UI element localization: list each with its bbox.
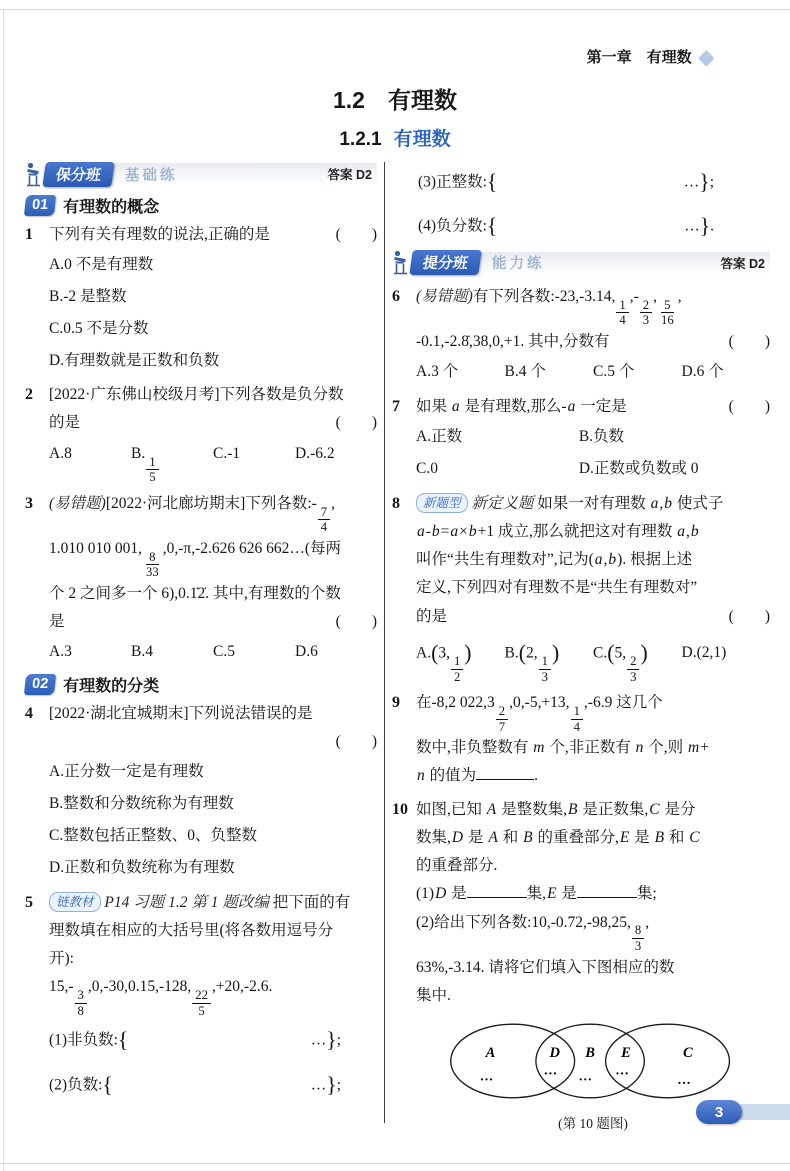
answer-reference: 答案 D2: [328, 165, 377, 183]
section-number-badge: 02: [24, 674, 56, 695]
answer-paren: ( ): [336, 221, 377, 249]
set-label-b: B: [584, 1045, 595, 1061]
option-c: C.5 个: [593, 356, 682, 388]
options-row: A.3 B.4 C.5 D.6: [49, 636, 377, 668]
set-label-c: C: [683, 1045, 693, 1061]
stem-text: 叫作“共生有理数对”,记为(a,b). 根据上述: [416, 546, 770, 574]
option-d: D.正数和负数统称为有理数: [49, 852, 377, 884]
section-01: 01 有理数的概念: [25, 194, 377, 217]
option-d: D.正数或负数或 0: [579, 453, 770, 485]
stem-text: 的是: [416, 603, 447, 631]
question-10: 10 如图,已知 A 是整数集,B 是正数集,C 是分 数集,D 是 A 和 B…: [392, 796, 770, 1132]
question-body: (易错题)有下列各数:-23,-3.14,14,-23,516, -0.1,-2…: [416, 283, 770, 388]
stem-text: [2022·湖北宜城期末]下列说法错误的是: [49, 700, 377, 728]
question-number: 9: [392, 689, 416, 790]
stem-text: 如图,已知 A 是整数集,B 是正数集,C 是分: [416, 796, 770, 824]
stem-text: 新题型 新定义题 如果一对有理数 a,b 使式子: [416, 490, 770, 518]
stem-text: 个 2 之间多一个 6),0.1̇2̇. 其中,有理数的个数: [49, 580, 377, 608]
question-4: 4 [2022·湖北宜城期末]下列说法错误的是 ( ) A.正分数一定是有理数 …: [25, 700, 377, 883]
question-body: 如图,已知 A 是整数集,B 是正数集,C 是分 数集,D 是 A 和 B 的重…: [416, 796, 770, 1132]
scan-border-bottom: [0, 1163, 790, 1164]
answer-paren: ( ): [729, 328, 770, 356]
question-number: 2: [25, 381, 49, 484]
blank-end: …};: [684, 160, 714, 204]
set-label-a: A: [485, 1045, 496, 1061]
question-number: 8: [392, 490, 416, 684]
option-b: B.4: [131, 636, 213, 668]
question-9: 9 在-8,2 022,327,0,-5,+13,14,-6.9 这几个 数中,…: [392, 689, 770, 790]
number-list: 15,-38,0,-30,0.15,-128,225,+20,-2.6.: [49, 973, 377, 1018]
band-badge-label: 保分班: [42, 162, 115, 187]
option-d: D.(2,1): [682, 637, 771, 669]
workbook-page: 第一章 有理数 ◆ 1.2 有理数 1.2.1有理数 保分班 基础练: [0, 0, 790, 1171]
blank-label: (2)负数:{: [49, 1063, 113, 1107]
subquestion-1: (1)D 是集,E 是集;: [416, 880, 770, 908]
question-number: 3: [25, 490, 49, 668]
band-badge-label: 提分班: [409, 250, 482, 275]
question-stem: 的是 ( ): [49, 409, 377, 437]
set-label-e: E: [620, 1045, 631, 1061]
question-stem: -0.1,-2.8̇,38,0,+1. 其中,分数有 ( ): [416, 328, 770, 356]
stem-text: (易错题)[2022·河北廊坊期末]下列各数:-74,: [49, 490, 377, 535]
chapter-title: 第一章 有理数: [587, 46, 692, 67]
stem-text: [2022·广东佛山校级月考]下列各数是负分数: [49, 381, 377, 409]
stem-text: a-b=a×b+1 成立,那么就把这对有理数 a,b: [416, 518, 770, 546]
question-7: 7 如果 a 是有理数,那么-a 一定是 ( ) A.正数 B.负数 C.0 D…: [392, 393, 770, 485]
stem-text: 的是: [49, 409, 80, 437]
blank-end: …};: [311, 1018, 341, 1062]
option-c: C.-1: [213, 438, 295, 470]
question-body: 在-8,2 022,327,0,-5,+13,14,-6.9 这几个 数中,非负…: [416, 689, 770, 790]
lectern-icon: [392, 250, 409, 275]
subquestion-2-text: 63%,-3.14. 请将它们填入下图相应的数: [416, 954, 770, 982]
blank-label: (1)非负数:{: [49, 1018, 128, 1062]
question-body: 新题型 新定义题 如果一对有理数 a,b 使式子 a-b=a×b+1 成立,那么…: [416, 490, 770, 684]
fill-blank-nonnegative: (1)非负数:{ …};: [49, 1018, 377, 1062]
option-d: D.6: [295, 636, 377, 668]
option-c: C.5: [213, 636, 295, 668]
scan-border-left: [3, 9, 4, 1171]
option-b: B.15: [131, 438, 213, 485]
stem-text: 1.010 010 001,833,0,-π,-2.626 626 662…(每…: [49, 535, 377, 580]
option-b: B.-2 是整数: [49, 281, 377, 313]
option-b: B.整数和分数统称为有理数: [49, 788, 377, 820]
option-b: B.负数: [579, 421, 770, 453]
option-d: D.有理数就是正数和负数: [49, 345, 377, 377]
question-number: 10: [392, 796, 416, 1132]
blank-end: …};: [311, 1063, 341, 1107]
answer-paren: ( ): [729, 603, 770, 631]
lectern-icon: [25, 162, 42, 187]
band-basic-practice: 保分班 基础练 答案 D2: [25, 160, 377, 188]
question-stem: 是 ( ): [49, 608, 377, 636]
answer-paren: ( ): [336, 608, 377, 636]
options-row: A.3 个 B.4 个 C.5 个 D.6 个: [416, 356, 770, 388]
question-body: 如果 a 是有理数,那么-a 一定是 ( ) A.正数 B.负数 C.0 D.正…: [416, 393, 770, 485]
band-ability-practice: 提分班 能力练 答案 D2: [392, 249, 770, 277]
answer-paren: ( ): [49, 728, 377, 756]
question-5: 5 链教材 P14 习题 1.2 第 1 题改编 把下面的有 理数填在相应的大括…: [25, 889, 377, 1108]
question-body: (易错题)[2022·河北廊坊期末]下列各数:-74, 1.010 010 00…: [49, 490, 377, 668]
stem-text: 数集,D 是 A 和 B 的重叠部分,E 是 B 和 C: [416, 824, 770, 852]
option-b: B.(2,13): [505, 631, 594, 684]
set-dots: …: [615, 1063, 630, 1078]
diamond-icon: ◆: [699, 47, 714, 67]
subsection-number: 1.2.1: [339, 129, 381, 150]
option-a: A.3 个: [416, 356, 505, 388]
question-stem: 如果 a 是有理数,那么-a 一定是 ( ): [416, 393, 770, 421]
question-3: 3 (易错题)[2022·河北廊坊期末]下列各数:-74, 1.010 010 …: [25, 490, 377, 668]
band-tag-label: 基础练: [125, 164, 178, 185]
page-number: 3: [715, 1104, 723, 1121]
stem-text: n 的值为.: [416, 762, 770, 790]
question-body: [2022·广东佛山校级月考]下列各数是负分数 的是 ( ) A.8 B.15 …: [49, 381, 377, 484]
page-number-chip: 3: [696, 1100, 742, 1124]
stem-text: 理数填在相应的大括号里(将各数用逗号分: [49, 917, 377, 945]
option-a: A.(3,12): [416, 631, 505, 684]
stem-text: 数中,非负整数有 m 个,非正数有 n 个,则 m+: [416, 734, 770, 762]
question-body: [2022·湖北宜城期末]下列说法错误的是 ( ) A.正分数一定是有理数 B.…: [49, 700, 377, 883]
blank-label: (3)正整数:{: [418, 160, 497, 204]
subquestion-2: (2)给出下列各数:10,-0.72,-98,25,83,: [416, 909, 770, 954]
stem-text: 在-8,2 022,327,0,-5,+13,14,-6.9 这几个: [416, 689, 770, 734]
page-number-badge: 3: [696, 1100, 790, 1124]
option-a: A.正分数一定是有理数: [49, 756, 377, 788]
answer-reference: 答案 D2: [721, 254, 770, 272]
option-c: C.0: [416, 453, 579, 485]
stem-text: 是: [49, 608, 65, 636]
stem-text: 下列有关有理数的说法,正确的是: [49, 221, 270, 249]
set-dots: …: [544, 1063, 559, 1078]
option-c: C.整数包括正整数、0、负整数: [49, 820, 377, 852]
question-2: 2 [2022·广东佛山校级月考]下列各数是负分数 的是 ( ) A.8 B.1…: [25, 381, 377, 484]
question-number: 5: [25, 889, 49, 1108]
question-body: 下列有关有理数的说法,正确的是 ( ) A.0 不是有理数 B.-2 是整数 C…: [49, 221, 377, 376]
band-tag-label: 能力练: [492, 252, 545, 273]
option-a: A.正数: [416, 421, 579, 453]
section-number-badge: 01: [24, 195, 56, 216]
options-row: A.8 B.15 C.-1 D.-6.2: [49, 438, 377, 485]
subquestion-2-text: 集中.: [416, 982, 770, 1010]
question-number: 6: [392, 283, 416, 388]
fill-blank-negative: (2)负数:{ …};: [49, 1063, 377, 1107]
question-1: 1 下列有关有理数的说法,正确的是 ( ) A.0 不是有理数 B.-2 是整数…: [25, 221, 377, 376]
section-02: 02 有理数的分类: [25, 673, 377, 696]
stem-text: 如果 a 是有理数,那么-a 一定是: [416, 393, 627, 421]
option-c: C.0.5 不是分数: [49, 313, 377, 345]
stem-text: (易错题)有下列各数:-23,-3.14,14,-23,516,: [416, 283, 770, 328]
subsection-title: 1.2.1有理数: [0, 124, 790, 151]
page-title: 1.2 有理数: [0, 82, 790, 115]
two-column-layout: 保分班 基础练 答案 D2 01 有理数的概念 1 下列有关有理数的说法,正确的…: [25, 160, 770, 1133]
stem-text: 链教材 P14 习题 1.2 第 1 题改编 把下面的有: [49, 889, 377, 917]
fill-blank-negative-fractions: (4)负分数:{ …}.: [392, 204, 770, 248]
option-c: C.(5,23): [593, 631, 682, 684]
option-d: D.-6.2: [295, 438, 377, 470]
question-number: 1: [25, 221, 49, 376]
fill-blank-positive-integers: (3)正整数:{ …};: [392, 160, 770, 204]
set-label-d: D: [548, 1045, 560, 1061]
section-title: 有理数的分类: [63, 673, 159, 696]
stem-text: -0.1,-2.8̇,38,0,+1. 其中,分数有: [416, 328, 609, 356]
set-dots: …: [578, 1068, 593, 1083]
question-stem: 下列有关有理数的说法,正确的是 ( ): [49, 221, 377, 249]
left-column: 保分班 基础练 答案 D2 01 有理数的概念 1 下列有关有理数的说法,正确的…: [25, 160, 377, 1133]
set-dots: …: [480, 1068, 495, 1083]
stem-text: 的重叠部分.: [416, 852, 770, 880]
question-number: 4: [25, 700, 49, 883]
blank-label: (4)负分数:{: [418, 204, 497, 248]
question-8: 8 新题型 新定义题 如果一对有理数 a,b 使式子 a-b=a×b+1 成立,…: [392, 490, 770, 684]
question-stem: 的是 ( ): [416, 603, 770, 631]
options-row: A.(3,12) B.(2,13) C.(5,23) D.(2,1): [416, 631, 770, 684]
question-6: 6 (易错题)有下列各数:-23,-3.14,14,-23,516, -0.1,…: [392, 283, 770, 388]
answer-paren: ( ): [729, 393, 770, 421]
chapter-header: 第一章 有理数 ◆: [587, 46, 714, 67]
subsection-name: 有理数: [394, 129, 451, 150]
section-title: 有理数的概念: [63, 194, 159, 217]
option-d: D.6 个: [682, 356, 771, 388]
question-number: 7: [392, 393, 416, 485]
right-column: (3)正整数:{ …}; (4)负分数:{ …}. 提分班: [392, 160, 770, 1133]
option-a: A.0 不是有理数: [49, 249, 377, 281]
option-a: A.3: [49, 636, 131, 668]
column-divider: [384, 162, 385, 1123]
stem-text: 定义,下列四对有理数不是“共生有理数对”: [416, 574, 770, 602]
options-grid: A.正数 B.负数 C.0 D.正数或负数或 0: [416, 421, 770, 485]
stem-text: 开):: [49, 945, 377, 973]
answer-paren: ( ): [336, 409, 377, 437]
option-a: A.8: [49, 438, 131, 470]
option-b: B.4 个: [505, 356, 594, 388]
set-dots: …: [677, 1072, 692, 1087]
question-body: 链教材 P14 习题 1.2 第 1 题改编 把下面的有 理数填在相应的大括号里…: [49, 889, 377, 1108]
scan-border-top: [0, 9, 790, 10]
blank-end: …}.: [684, 204, 714, 248]
